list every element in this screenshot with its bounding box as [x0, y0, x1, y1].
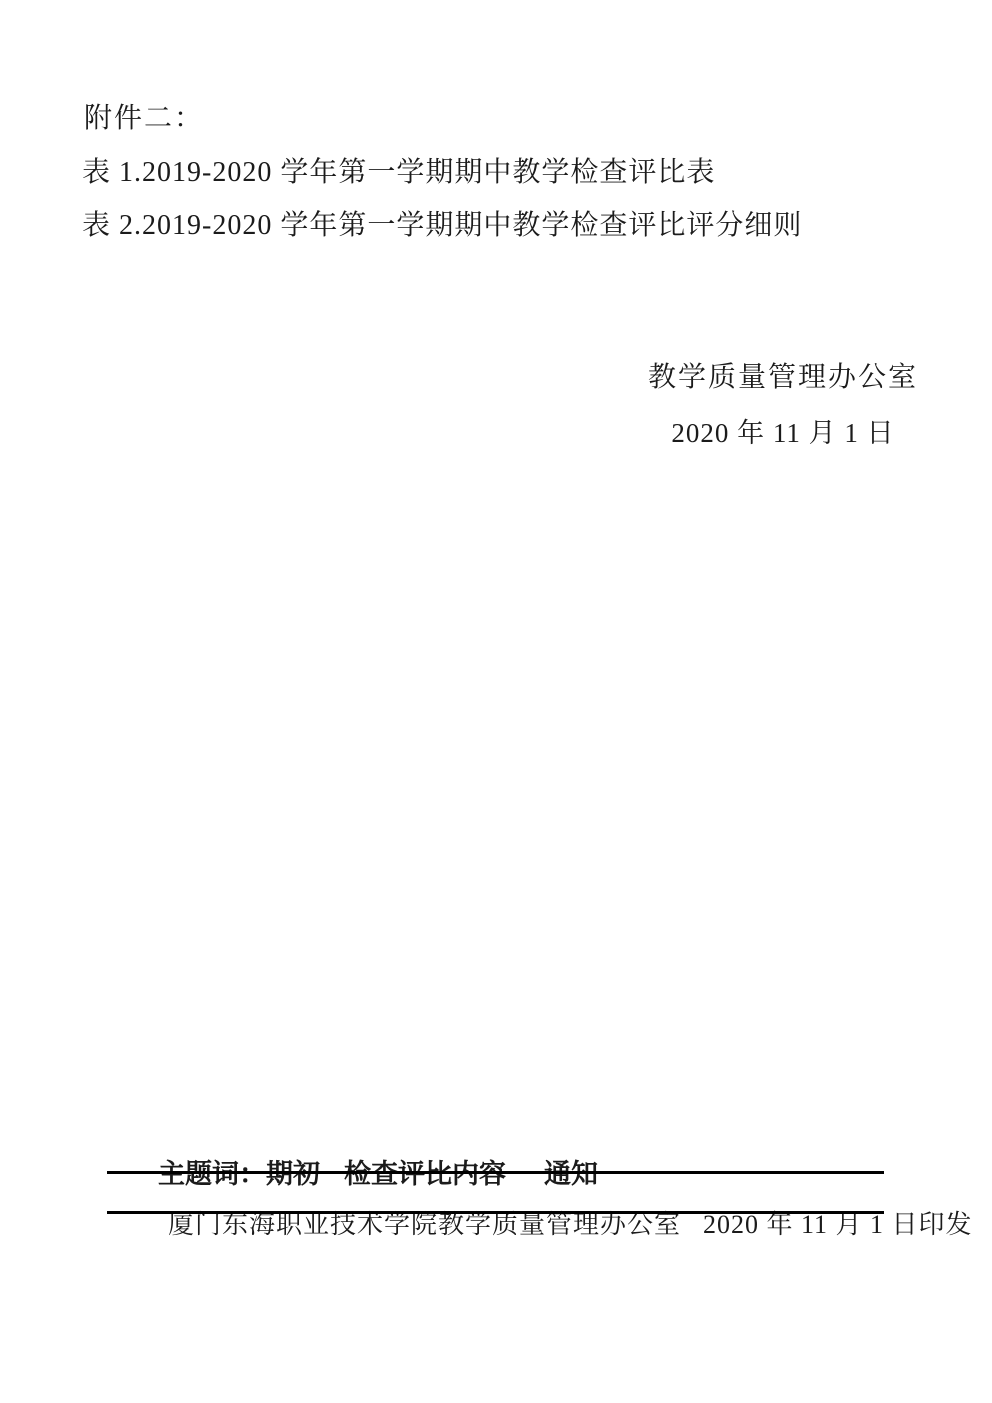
footer-rule-bottom	[107, 1211, 884, 1214]
signoff-date: 2020 年 11 月 1 日	[671, 416, 894, 450]
signoff-block: 教学质量管理办公室 2020 年 11 月 1 日	[648, 361, 918, 450]
publisher-name: 厦门东海职业技术学院教学质量管理办公室	[168, 1210, 681, 1239]
print-date: 2020 年 11 月 1 日印发	[703, 1210, 973, 1239]
attachment-label: 附件二：	[84, 102, 204, 136]
footer-rule-top	[107, 1171, 884, 1174]
table2-caption: 表 2.2019-2020 学年第一学期期中教学检查评比评分细则	[82, 209, 802, 243]
publisher-line: 厦门东海职业技术学院教学质量管理办公室2020 年 11 月 1 日印发	[138, 1180, 973, 1270]
signoff-office: 教学质量管理办公室	[648, 361, 918, 395]
table1-caption: 表 1.2019-2020 学年第一学期期中教学检查评比表	[82, 156, 715, 190]
document-page: 附件二： 表 1.2019-2020 学年第一学期期中教学检查评比表 表 2.2…	[0, 0, 992, 1403]
